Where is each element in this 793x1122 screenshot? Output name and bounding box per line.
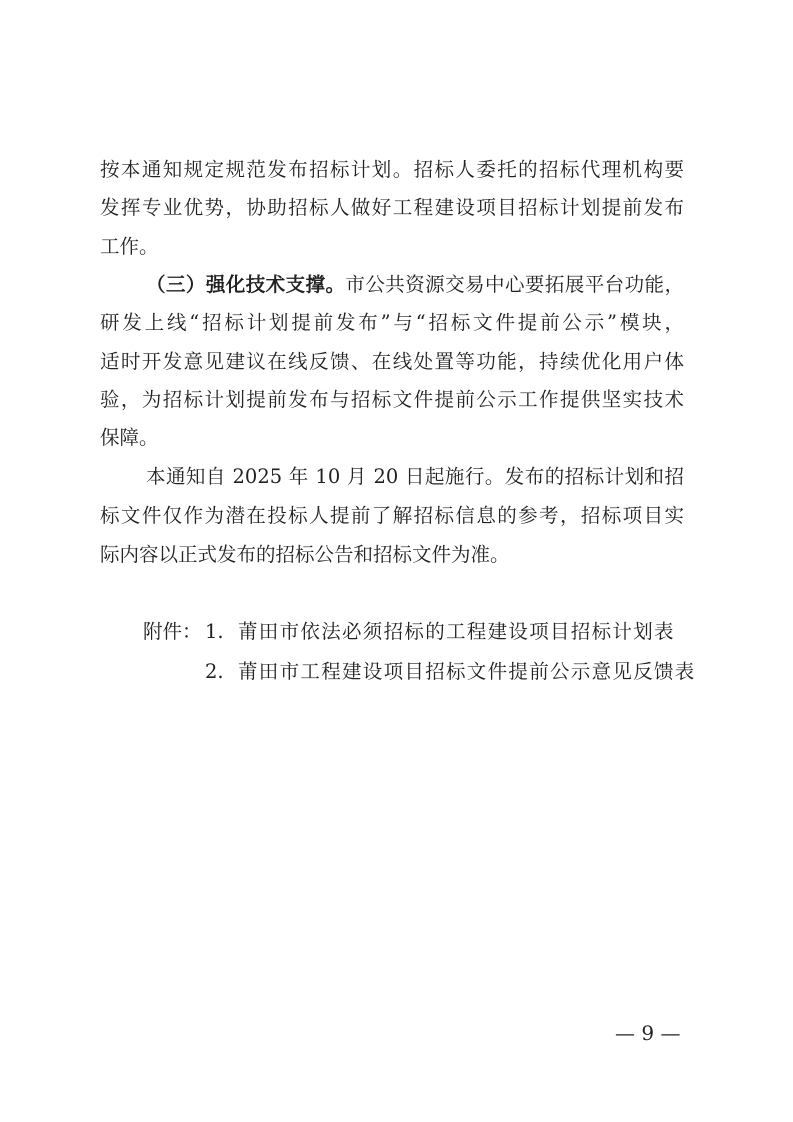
paragraph-1-line-2: 发挥专业优势，协助招标人做好工程建设项目招标计划提前发布 bbox=[100, 196, 684, 220]
paragraph-2-line-5: 保障。 bbox=[100, 426, 684, 450]
paragraph-1-line-3: 工作。 bbox=[100, 235, 684, 259]
paragraph-2-line-1: （三）强化技术支撑。市公共资源交易中心要拓展平台功能， bbox=[146, 273, 684, 297]
attachments-label: 附件： bbox=[143, 620, 202, 644]
paragraph-2-line-2: 研发上线“招标计划提前发布”与“招标文件提前公示”模块， bbox=[100, 311, 684, 335]
attachment-2-number: 2. bbox=[205, 660, 224, 684]
paragraph-3-line-2: 标文件仅作为潜在投标人提前了解招标信息的参考，招标项目实 bbox=[100, 504, 684, 528]
paragraph-2-line-4: 验，为招标计划提前发布与招标文件提前公示工作提供坚实技术 bbox=[100, 388, 684, 412]
paragraph-3-line-1: 本通知自 2025 年 10 月 20 日起施行。发布的招标计划和招 bbox=[146, 465, 684, 489]
paragraph-1-line-1: 按本通知规定规范发布招标计划。招标人委托的招标代理机构要 bbox=[100, 158, 684, 182]
attachment-2-title: 莆田市工程建设项目招标文件提前公示意见反馈表 bbox=[238, 660, 696, 684]
paragraph-2-first-line-text: 市公共资源交易中心要拓展平台功能， bbox=[345, 273, 684, 296]
page-number: — 9 — bbox=[615, 1021, 680, 1045]
paragraph-2-line-3: 适时开发意见建议在线反馈、在线处置等功能，持续优化用户体 bbox=[100, 350, 684, 374]
section-heading: （三）强化技术支撑。 bbox=[146, 273, 345, 296]
paragraph-3-line-3: 际内容以正式发布的招标公告和招标文件为准。 bbox=[100, 543, 684, 567]
attachment-1-title: 莆田市依法必须招标的工程建设项目招标计划表 bbox=[238, 620, 675, 644]
attachment-1-number: 1. bbox=[205, 620, 224, 644]
